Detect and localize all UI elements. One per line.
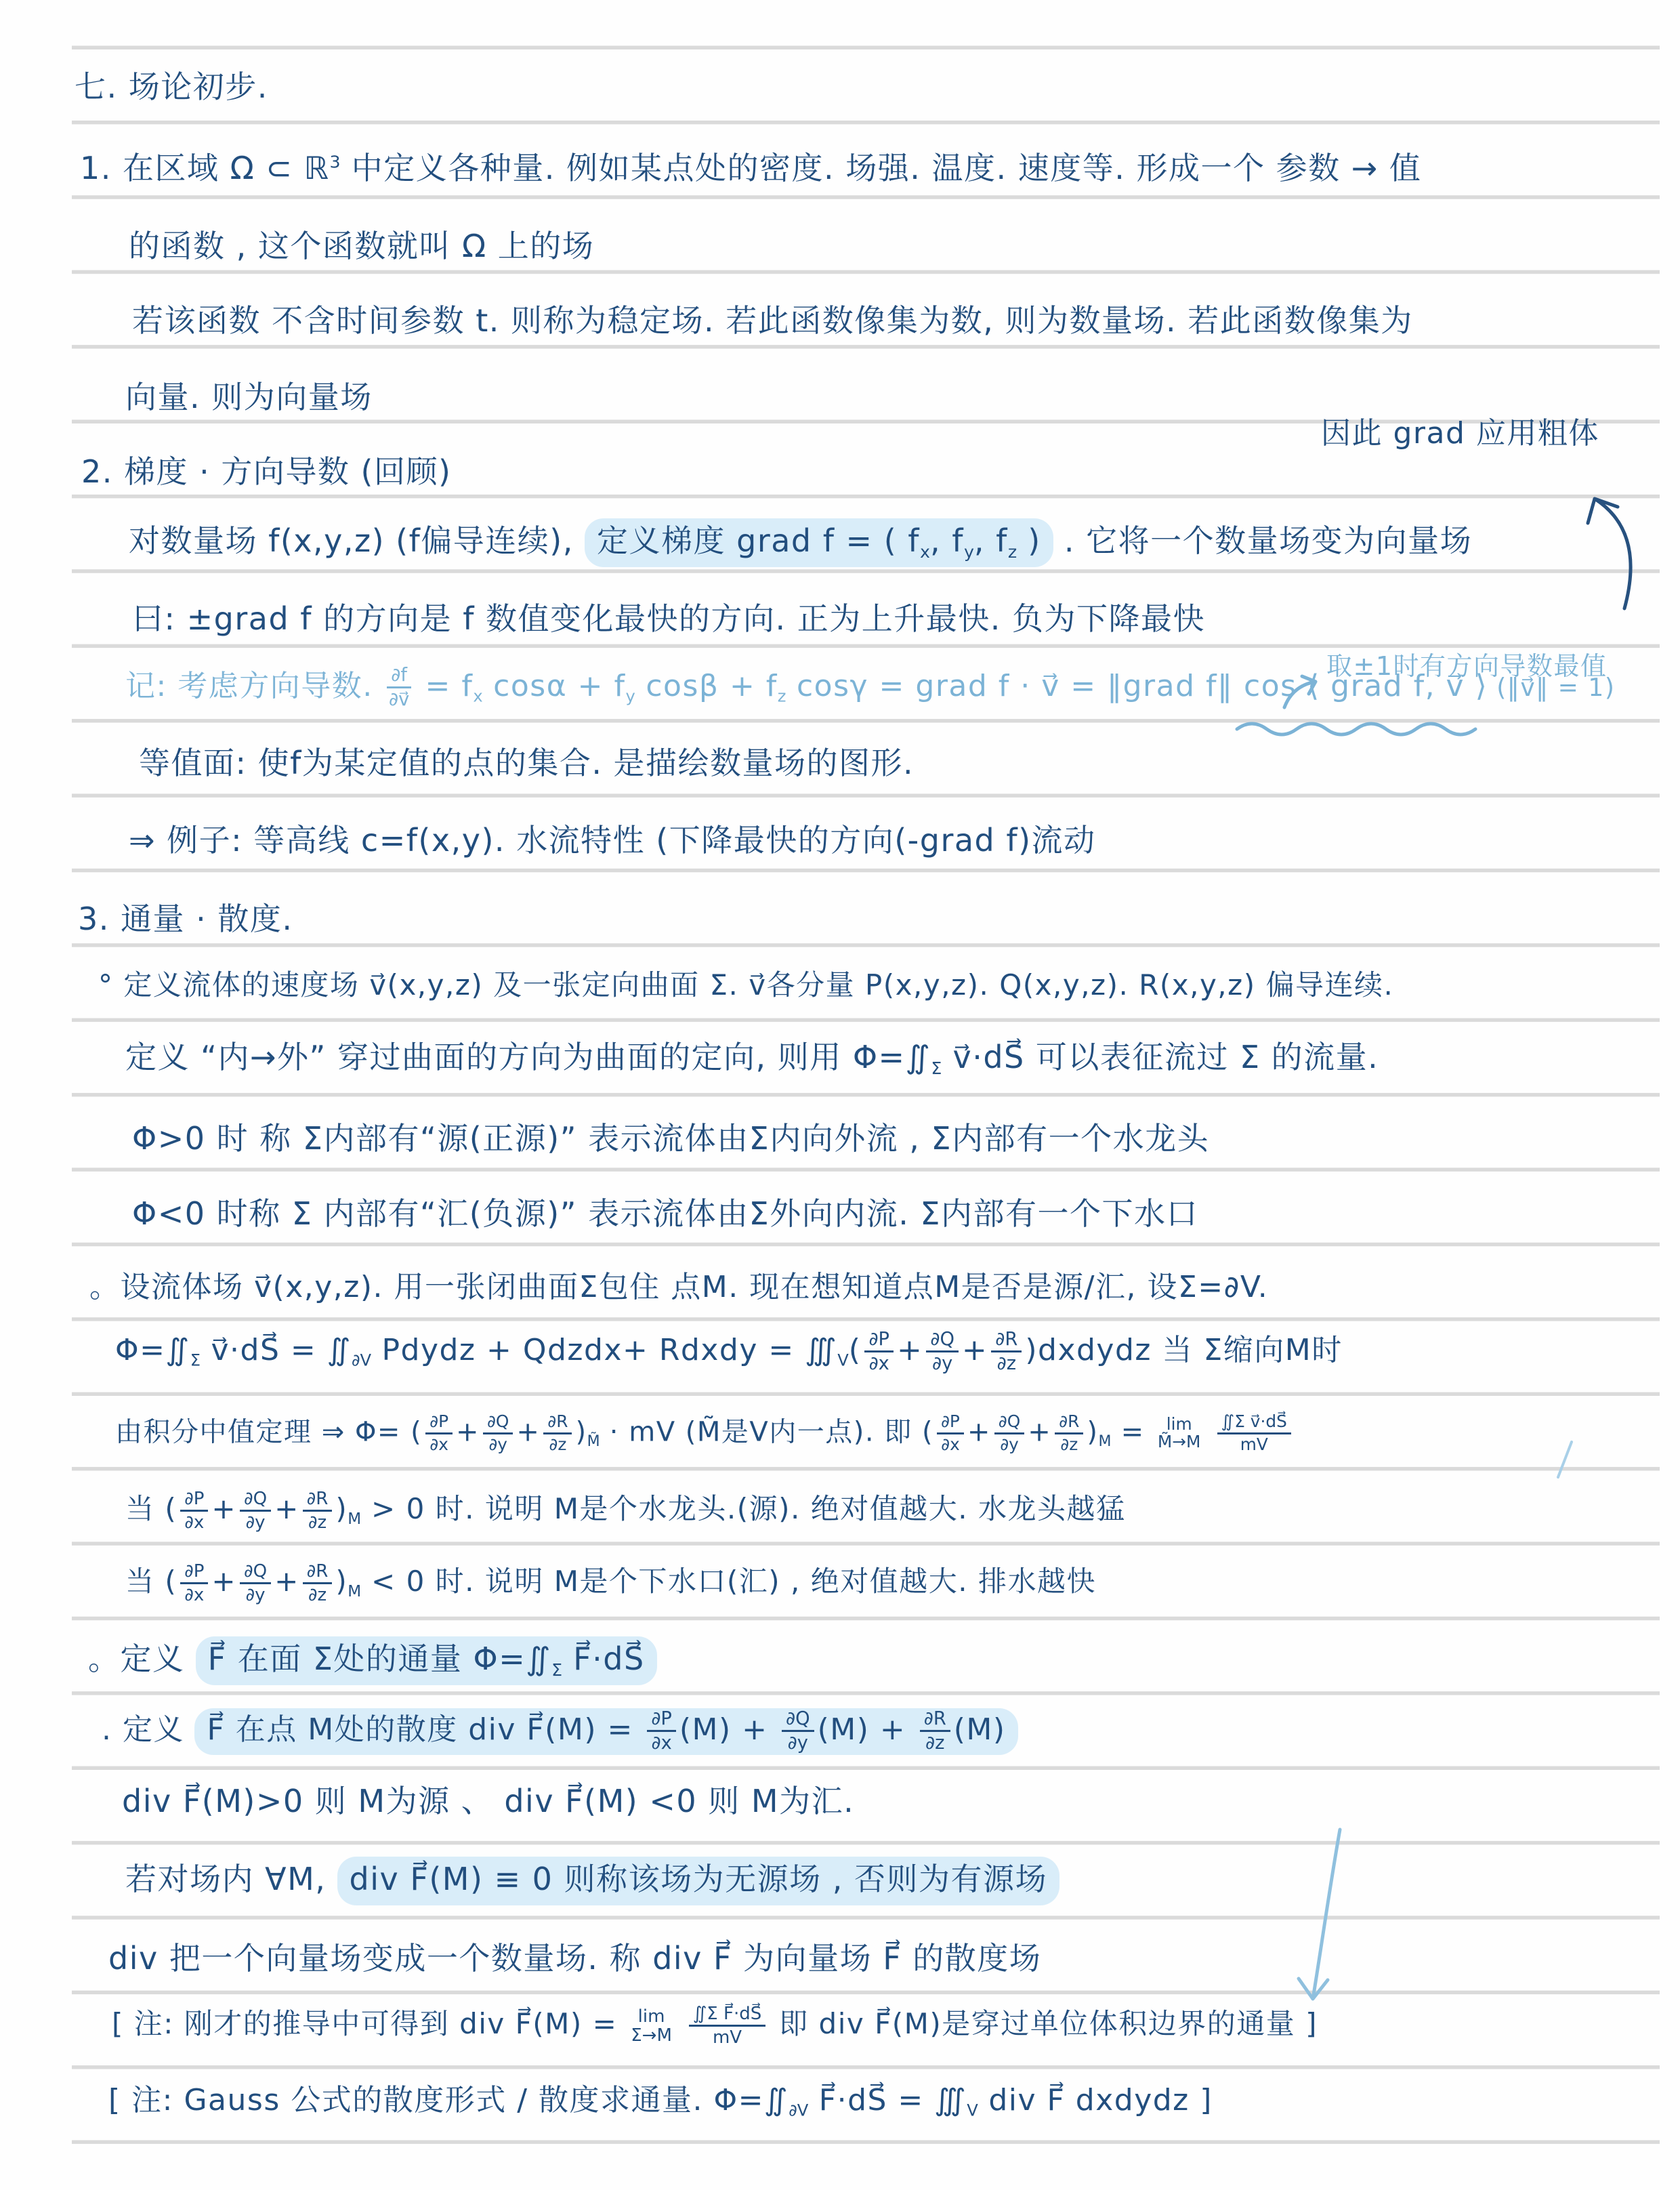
arrow-down-flux-note [1299, 1830, 1340, 1999]
arrow-to-directional-note [1284, 676, 1316, 707]
ink-annotations [0, 0, 1680, 2190]
arrow-to-grad-note [1588, 499, 1631, 608]
wavy-underline-cos-term [1237, 724, 1475, 735]
tick-mark [1558, 1442, 1572, 1477]
notebook-page: 七. 场论初步.1. 在区域 Ω ⊂ ℝ3 中定义各种量. 例如某点处的密度. … [0, 0, 1680, 2190]
